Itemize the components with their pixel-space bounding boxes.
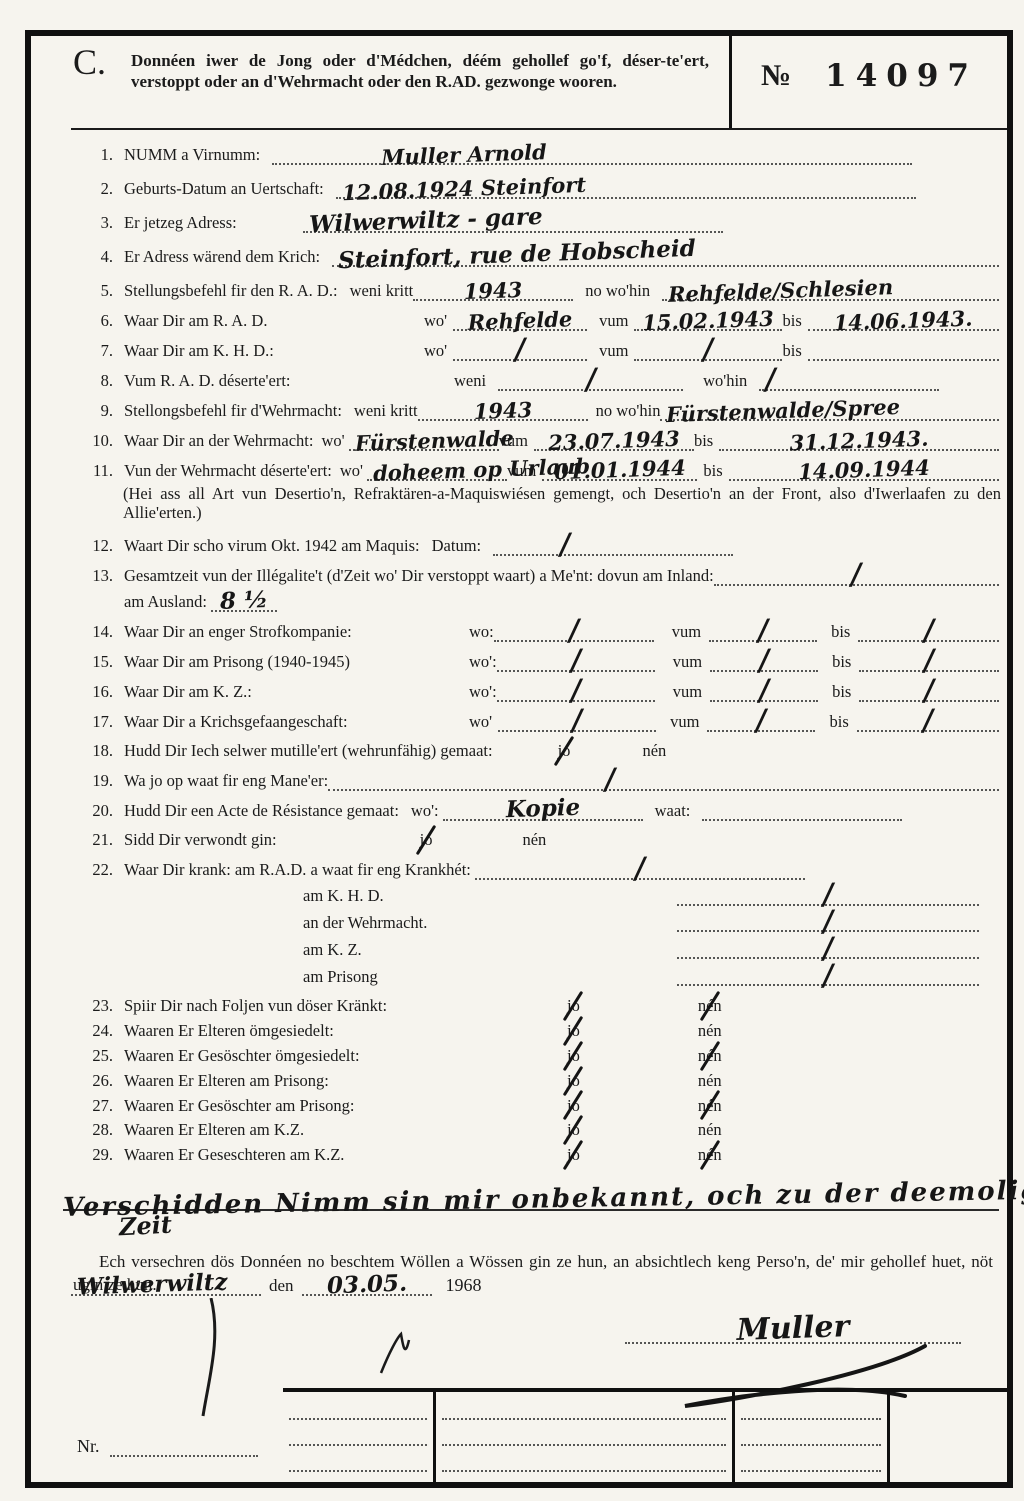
form-body: 1. NUMM a Virnumm: Muller Arnold 2. Gebu…: [31, 130, 1007, 1297]
question-label: Waaren Er Elteren am Prisong:: [124, 1071, 564, 1091]
question-11-note: (Hei ass all Art vun Desertio'n, Refrakt…: [123, 484, 1001, 524]
question-14: 14. Waar Dir an enger Strofkompanie: wo:…: [77, 621, 999, 642]
field-label: bis: [782, 311, 801, 331]
nr-field: [110, 1434, 258, 1457]
signature-line: Muller: [625, 1298, 961, 1344]
question-label: Spiir Dir nach Foljen vun döser Kränkt:: [124, 996, 564, 1016]
question-22-sub: am Prisong /: [303, 965, 999, 986]
field-label: vum: [599, 311, 628, 331]
answer-field: /: [453, 340, 587, 361]
section-letter: C.: [31, 36, 131, 80]
question-10: 10. Waar Dir an der Wehrmacht: wo' Fürst…: [77, 430, 999, 451]
answer-nen: nén: [639, 741, 669, 761]
question-24: 24. Waaren Er Elteren ömgesiedelt: jo né…: [77, 1021, 999, 1041]
answer-nen: nén: [695, 1071, 725, 1091]
question-13-ausland: am Ausland: 8 ½: [77, 591, 999, 612]
ink-scribble: [371, 1328, 431, 1378]
question-number: 1.: [77, 145, 124, 165]
handwritten-value: 1943: [464, 277, 523, 304]
handwritten-value: 01.01.1944: [554, 455, 686, 485]
handwritten-value: 12.08.1924 Steinfort: [341, 171, 586, 205]
question-label: Waar Dir am K. Z.:: [124, 682, 469, 702]
footer-table-col: [436, 1392, 735, 1482]
question-label: Waar Dir a Krichsgefaangeschaft:: [124, 712, 469, 732]
question-22-sub: am K. Z. /: [303, 938, 999, 959]
handwritten-value: /: [559, 527, 571, 562]
answer-field: Steinfort, rue de Hobscheid: [332, 246, 999, 267]
answer-field: /: [497, 681, 655, 702]
answer-field: Rehfelde/Schlesien: [662, 280, 999, 301]
handwritten-value: Steinfort, rue de Hobscheid: [338, 235, 697, 275]
question-label: Waaren Er Geseschteren am K.Z.: [124, 1145, 564, 1165]
handwritten-value: Zeit: [118, 1211, 172, 1243]
question-label: Waart Dir scho virum Okt. 1942 am Maquis…: [124, 536, 420, 556]
question-5: 5. Stellungsbefehl fir den R. A. D.: wen…: [77, 280, 999, 301]
answer-field: Wilwerwiltz - gare: [303, 212, 723, 233]
question-13: 13. Gesamtzeit vun der Illégalite't (d'Z…: [77, 565, 999, 586]
answer-field: Muller Arnold: [272, 144, 912, 165]
question-22-sub: an der Wehrmacht. /: [303, 912, 999, 933]
question-22-sub: am K. H. D. /: [303, 885, 999, 906]
question-label: Waaren Er Gesöschter ömgesiedelt:: [124, 1046, 564, 1066]
question-label: Waar Dir am R. A. D.: [124, 311, 424, 331]
field-label: wo': [321, 431, 344, 451]
question-number: 14.: [77, 622, 124, 642]
question-3: 3. Er jetzeg Adress: Wilwerwiltz - gare: [77, 212, 999, 233]
answer-field: /: [710, 651, 818, 672]
field-label: bis: [832, 682, 851, 702]
question-label: Waar Dir krank: am R.A.D. a waat fir eng…: [124, 860, 471, 880]
answer-field: Kopie: [443, 800, 643, 821]
nr-label: Nr.: [77, 1436, 100, 1457]
question-23: 23. Spiir Dir nach Foljen vun döser Krän…: [77, 996, 999, 1016]
question-number: 12.: [77, 536, 124, 556]
field-label: waat:: [655, 801, 691, 821]
answer-field: [702, 800, 902, 821]
question-number: 13.: [77, 566, 124, 586]
answer-nen: nén: [695, 1120, 725, 1140]
question-label: Waar Dir am Prisong (1940-1945): [124, 652, 469, 672]
answer-field: /: [634, 340, 782, 361]
question-8: 8. Vum R. A. D. déserte'ert: weni / wo'h…: [77, 370, 999, 391]
sub-label: am K. H. D.: [303, 886, 603, 906]
question-label: Geburts-Datum an Uertschaft:: [124, 179, 324, 199]
question-27: 27. Waaren Er Gesöschter am Prisong: jo …: [77, 1096, 999, 1116]
question-15: 15. Waar Dir am Prisong (1940-1945) wo':…: [77, 651, 999, 672]
ink-stroke: [181, 1298, 301, 1418]
handwritten-value: Fürstenwalde: [354, 425, 514, 456]
answer-jo: jo: [564, 1120, 583, 1140]
question-7: 7. Waar Dir am K. H. D.: wo' / vum / bis: [77, 340, 999, 361]
answer-nen: nén: [695, 1046, 725, 1066]
question-number: 24.: [77, 1021, 124, 1041]
question-1: 1. NUMM a Virnumm: Muller Arnold: [77, 144, 999, 165]
serial-number-block: № 14097: [732, 36, 1007, 94]
field-label: am Ausland:: [124, 592, 207, 612]
answer-field: doheem op Urlaub: [367, 460, 507, 481]
question-number: 8.: [77, 371, 124, 391]
question-26: 26. Waaren Er Elteren am Prisong: jo nén: [77, 1071, 999, 1091]
question-28: 28. Waaren Er Elteren am K.Z. jo nén: [77, 1120, 999, 1140]
answer-field: /: [677, 885, 979, 906]
question-25: 25. Waaren Er Gesöschter ömgesiedelt: jo…: [77, 1046, 999, 1066]
question-number: 15.: [77, 652, 124, 672]
sub-label: an der Wehrmacht.: [303, 913, 603, 933]
question-number: 16.: [77, 682, 124, 702]
field-label: Datum:: [432, 536, 482, 556]
numero-sign: №: [761, 59, 791, 93]
field-label: wo': [469, 712, 492, 732]
field-label: wo'hin: [703, 371, 747, 391]
question-11: 11. Vun der Wehrmacht déserte'ert: wo' d…: [77, 460, 999, 481]
handwritten-value: Muller Arnold: [381, 139, 547, 170]
handwritten-remark: Verschidden Nimm sin mir onbekannt, och …: [63, 1175, 999, 1211]
question-label: Vun der Wehrmacht déserte'ert:: [124, 461, 332, 481]
footer-table-col: [890, 1392, 1007, 1482]
document-frame: C. Donnéen iwer de Jong oder d'Médchen, …: [25, 30, 1013, 1488]
answer-jo: jo: [564, 1046, 583, 1066]
answer-field: 1943: [413, 280, 573, 301]
question-label: Waaren Er Gesöschter am Prisong:: [124, 1096, 564, 1116]
answer-field: /: [498, 711, 656, 732]
handwritten-place: Wilwerwiltz: [77, 1268, 228, 1300]
answer-field: /: [858, 621, 999, 642]
field-label: wo':: [469, 652, 497, 672]
field-label: vum: [670, 712, 699, 732]
answer-field: Rehfelde: [453, 310, 587, 331]
answer-field: /: [709, 621, 817, 642]
handwritten-value: 31.12.1943.: [789, 425, 929, 455]
answer-field: /: [710, 681, 818, 702]
handwritten-value: /: [822, 957, 834, 992]
answer-field: 14.09.1944: [729, 460, 999, 481]
handwritten-value: /: [922, 703, 934, 738]
question-number: 19.: [77, 771, 124, 791]
question-label: Waar Dir am K. H. D.:: [124, 341, 424, 361]
answer-field: 01.01.1944: [542, 460, 697, 481]
question-4: 4. Er Adress wärend dem Krich: Steinfort…: [77, 246, 999, 267]
field-label: wo':: [469, 682, 497, 702]
question-21: 21. Sidd Dir verwondt gin: jo nén: [77, 830, 999, 850]
handwritten-value: /: [604, 762, 616, 797]
answer-jo: jo: [564, 1145, 583, 1165]
question-label: Stellungsbefehl fir den R. A. D.:: [124, 281, 338, 301]
answer-jo: jo: [417, 830, 436, 850]
question-number: 29.: [77, 1145, 124, 1165]
question-number: 22.: [77, 860, 124, 880]
handwritten-value: /: [765, 362, 777, 397]
question-2: 2. Geburts-Datum an Uertschaft: 12.08.19…: [77, 178, 999, 199]
question-number: 2.: [77, 179, 124, 199]
question-number: 23.: [77, 996, 124, 1016]
field-label: vum: [672, 622, 701, 642]
header: C. Donnéen iwer de Jong oder d'Médchen, …: [31, 36, 1007, 126]
field-label: weni kritt: [354, 401, 418, 421]
answer-field: /: [859, 651, 999, 672]
question-number: 27.: [77, 1096, 124, 1116]
field-label: bis: [782, 341, 801, 361]
footer-table-col: [735, 1392, 890, 1482]
answer-field: 12.08.1924 Steinfort: [336, 178, 916, 199]
answer-nen: nén: [695, 1096, 725, 1116]
question-label: Sidd Dir verwondt gin:: [124, 830, 277, 850]
handwritten-value: 14.06.1943.: [834, 305, 974, 335]
handwritten-value: /: [756, 703, 768, 738]
question-6: 6. Waar Dir am R. A. D. wo' Rehfelde vum…: [77, 310, 999, 331]
signature-name: Muller: [736, 1309, 850, 1348]
footer-nr: Nr.: [77, 1434, 258, 1457]
question-number: 10.: [77, 431, 124, 451]
question-number: 18.: [77, 741, 124, 761]
question-9: 9. Stellongsbefehl fir d'Wehrmacht: weni…: [77, 400, 999, 421]
sub-label: am K. Z.: [303, 940, 603, 960]
answer-field: 8 ½: [211, 591, 277, 612]
answer-nen: nén: [695, 1145, 725, 1165]
serial-number: 14097: [825, 58, 978, 94]
field-label: wo': [424, 341, 447, 361]
answer-nen: nén: [695, 1021, 725, 1041]
question-number: 17.: [77, 712, 124, 732]
answer-field: /: [677, 912, 979, 933]
answer-field: 14.06.1943.: [808, 310, 999, 331]
answer-field: /: [328, 770, 999, 791]
question-22: 22. Waar Dir krank: am R.A.D. a waat fir…: [77, 859, 999, 880]
question-label: Waaren Er Elteren ömgesiedelt:: [124, 1021, 564, 1041]
field-label: wo': [424, 311, 447, 331]
question-number: 4.: [77, 247, 124, 267]
field-label: vum: [673, 682, 702, 702]
handwritten-value: /: [514, 332, 526, 367]
handwritten-value: /: [850, 557, 862, 592]
field-label: wo:: [469, 622, 494, 642]
question-number: 11.: [77, 461, 124, 481]
question-20: 20. Hudd Dir een Acte de Résistance gema…: [77, 800, 999, 821]
answer-field: [808, 340, 999, 361]
handwritten-value: /: [571, 703, 583, 738]
question-number: 6.: [77, 311, 124, 331]
handwritten-value: 14.09.1944: [798, 455, 930, 485]
question-label: Wa jo op waat fir eng Mane'er:: [124, 771, 328, 791]
answer-field: Fürstenwalde/Spree: [660, 400, 999, 421]
year-label: 1968: [446, 1275, 482, 1296]
handwritten-value: /: [585, 362, 597, 397]
handwritten-value: 15.02.1943: [642, 305, 774, 335]
question-label: Gesamtzeit vun der Illégalite't (d'Zeit …: [124, 566, 714, 586]
answer-jo: jo: [564, 996, 583, 1016]
handwritten-value: Rehfelde/Schlesien: [668, 274, 894, 307]
field-label: vum: [599, 341, 628, 361]
sub-label: am Prisong: [303, 967, 603, 987]
question-number: 28.: [77, 1120, 124, 1140]
answer-field: /: [859, 681, 999, 702]
header-title: Donnéen iwer de Jong oder d'Médchen, déé…: [131, 36, 709, 93]
answer-jo: jo: [564, 1096, 583, 1116]
answer-field: /: [498, 370, 683, 391]
answer-jo: jo: [555, 741, 574, 761]
question-number: 26.: [77, 1071, 124, 1091]
question-label: Waar Dir an enger Strofkompanie:: [124, 622, 469, 642]
field-label: weni: [454, 371, 486, 391]
field-label: weni kritt: [350, 281, 414, 301]
answer-field: /: [493, 535, 733, 556]
question-number: 21.: [77, 830, 124, 850]
answer-field: /: [677, 965, 979, 986]
answer-nen: nén: [695, 996, 725, 1016]
handwritten-value: 23.07.1943: [548, 425, 680, 455]
answer-field: 1943: [418, 400, 588, 421]
field-label: no wo'hin: [585, 281, 650, 301]
field-label: bis: [703, 461, 722, 481]
field-label: wo': [340, 461, 363, 481]
question-label: Er jetzeg Adress:: [124, 213, 237, 233]
answer-field: /: [475, 859, 805, 880]
handwritten-value: /: [634, 851, 646, 886]
question-number: 7.: [77, 341, 124, 361]
place-field: Wilwerwiltz: [71, 1274, 261, 1296]
handwritten-value: /: [703, 332, 715, 367]
answer-field: /: [677, 938, 979, 959]
answer-field: /: [759, 370, 939, 391]
date-field: 03.05.: [302, 1274, 432, 1296]
handwritten-value: Rehfelde: [467, 306, 572, 335]
question-19: 19. Wa jo op waat fir eng Mane'er: /: [77, 770, 999, 791]
question-number: 5.: [77, 281, 124, 301]
question-label: Waaren Er Elteren am K.Z.: [124, 1120, 564, 1140]
question-label: Hudd Dir een Acte de Résistance gemaat:: [124, 801, 399, 821]
field-label: no wo'hin: [596, 401, 661, 421]
field-label: wo':: [411, 801, 439, 821]
question-number: 3.: [77, 213, 124, 233]
date-line: Wilwerwiltz den 03.05. 1968: [71, 1274, 482, 1296]
answer-jo: jo: [564, 1021, 583, 1041]
question-label: Er Adress wärend dem Krich:: [124, 247, 320, 267]
question-label: Stellongsbefehl fir d'Wehrmacht:: [124, 401, 342, 421]
footer-table: [283, 1388, 1007, 1482]
field-label: bis: [832, 652, 851, 672]
question-18: 18. Hudd Dir Iech selwer mutille'ert (we…: [77, 741, 999, 761]
answer-field: /: [497, 651, 655, 672]
question-number: 25.: [77, 1046, 124, 1066]
answer-field: /: [857, 711, 999, 732]
question-label: NUMM a Virnumm:: [124, 145, 260, 165]
answer-field: 23.07.1943: [534, 430, 694, 451]
answer-nen: nén: [519, 830, 549, 850]
answer-field: /: [707, 711, 815, 732]
question-number: 20.: [77, 801, 124, 821]
field-label: vum: [673, 652, 702, 672]
question-label: Waar Dir an der Wehrmacht:: [124, 431, 313, 451]
handwritten-value: Kopie: [505, 794, 580, 824]
answer-jo: jo: [564, 1071, 583, 1091]
question-number: 9.: [77, 401, 124, 421]
handwritten-value: 8 ½: [219, 586, 268, 615]
question-29: 29. Waaren Er Geseschteren am K.Z. jo né…: [77, 1145, 999, 1165]
footer-table-col: [283, 1392, 436, 1482]
handwritten-value: Fürstenwalde/Spree: [666, 393, 901, 426]
question-17: 17. Waar Dir a Krichsgefaangeschaft: wo'…: [77, 711, 999, 732]
answer-field: 31.12.1943.: [719, 430, 999, 451]
handwritten-value: 1943: [473, 397, 532, 424]
question-label: Hudd Dir Iech selwer mutille'ert (wehrun…: [124, 741, 493, 761]
question-label: Vum R. A. D. déserte'ert:: [124, 371, 454, 391]
answer-field: /: [714, 565, 999, 586]
field-label: bis: [694, 431, 713, 451]
handwritten-date: 03.05.: [326, 1269, 407, 1299]
question-12: 12. Waart Dir scho virum Okt. 1942 am Ma…: [77, 535, 999, 556]
answer-field: Fürstenwalde: [349, 430, 499, 451]
handwritten-value: Wilwerwiltz - gare: [308, 203, 543, 239]
answer-field: 15.02.1943: [634, 310, 782, 331]
question-16: 16. Waar Dir am K. Z.: wo': / vum / bis …: [77, 681, 999, 702]
den-label: den: [269, 1276, 294, 1296]
field-label: bis: [829, 712, 848, 732]
field-label: bis: [831, 622, 850, 642]
answer-field: /: [494, 621, 654, 642]
